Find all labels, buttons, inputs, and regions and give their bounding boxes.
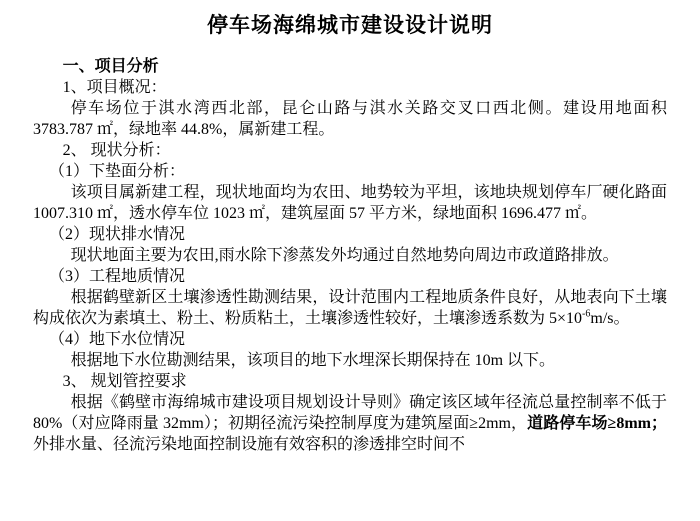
geology-text-main: 根据鹤壁新区土壤渗透性勘测结果，设计范围内工程地质条件良好，从地表向下土壤构成依…: [33, 289, 667, 327]
planning-text-bold-run: 道路停车场≥8mm；: [527, 415, 667, 432]
paragraph-groundwater-level: 根据地下水位勘测结果，该项目的地下水埋深长期保持在 10m 以下。: [33, 350, 667, 371]
document-page: 停车场海绵城市建设设计说明 一、项目分析 1、项目概况： 停车场位于淇水湾西北部…: [0, 0, 700, 521]
heading-project-overview: 1、项目概况：: [33, 77, 667, 98]
paragraph-underlying-surface: 该项目属新建工程，现状地面均为农田、地势较为平坦，该地块规划停车厂硬化路面 10…: [33, 182, 667, 224]
heading-groundwater-level: （4）地下水位情况: [33, 329, 667, 350]
heading-current-drainage: （2）现状排水情况: [33, 224, 667, 245]
heading-engineering-geology: （3）工程地质情况: [33, 266, 667, 287]
heading-underlying-surface-analysis: （1）下垫面分析：: [33, 161, 667, 182]
document-title: 停车场海绵城市建设设计说明: [33, 12, 667, 38]
heading-status-analysis: 2、 现状分析：: [33, 140, 667, 161]
paragraph-current-drainage: 现状地面主要为农田,雨水除下渗蒸发外均通过自然地势向周边市政道路排放。: [33, 245, 667, 266]
paragraph-engineering-geology: 根据鹤壁新区土壤渗透性勘测结果，设计范围内工程地质条件良好，从地表向下土壤构成依…: [33, 287, 667, 329]
paragraph-planning-control: 根据《鹤壁市海绵城市建设项目规划设计导则》确定该区域年径流总量控制率不低于 80…: [33, 392, 667, 455]
geology-text-unit: m/s。: [590, 310, 629, 327]
planning-text-normal-2: 外排水量、径流污染地面控制设施有效容积的渗透排空时间不: [33, 436, 465, 453]
paragraph-project-overview: 停车场位于淇水湾西北部，昆仑山路与淇水关路交叉口西北侧。建设用地面积 3783.…: [33, 98, 667, 140]
heading-planning-control: 3、 规划管控要求: [33, 371, 667, 392]
section-heading-project-analysis: 一、项目分析: [33, 56, 667, 77]
